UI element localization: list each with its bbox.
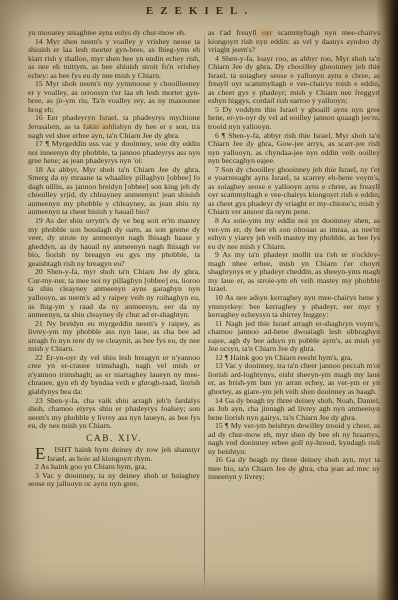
verse-number: 16: [215, 455, 226, 464]
verse: 14 Myr shen neem's y voalley y vrishey n…: [28, 38, 200, 81]
verse-number: 4: [215, 54, 222, 63]
verse: 15 ¶ My ver-ym beishtyn dewilley trooid …: [208, 422, 380, 456]
verse-number: 13: [215, 361, 225, 370]
verse: 5 Dy voddym thie Israel y ghoaill ayns n…: [208, 106, 380, 132]
verse: 18 As abbyr, Myr shoh ta'n Chiarn Jee dy…: [28, 166, 200, 217]
scanned-book-page: EZEKIEL. yn mooarey sniaghtee ayns eulys…: [0, 0, 398, 600]
verse: 8 As soie-yms my eddin noi yn dooinney s…: [208, 217, 380, 251]
verse-continuation: as t'ad freayll oyr scammyltagh nyn mee-…: [208, 29, 380, 55]
verse: 20 Shen-y-fa, myr shoh ta'n Chiarn Jee d…: [28, 268, 200, 319]
column-rule: [204, 29, 205, 591]
right-column: as t'ad freayll oyr scammyltagh nyn mee-…: [208, 29, 380, 593]
verse-number: 15: [35, 79, 46, 88]
verse: 3 Vac y dooinney, ta ny deiney shoh er h…: [28, 472, 200, 489]
verse: 4 Shen-y-fa, loayr roo, as abbyr roo, My…: [208, 55, 380, 106]
verse: 23 Shen-y-fa, cha vaik shiu arragh jeh'n…: [28, 397, 200, 431]
verse-number: 3: [35, 471, 42, 480]
page-content: yn mooarey sniaghtee ayns eulys dy chur-…: [28, 29, 380, 593]
verse: 22 Er-yn-oyr dy vel shiu lesh breagyn er…: [28, 354, 200, 397]
verse-number: 16: [35, 113, 47, 122]
verse-number: 9: [215, 250, 222, 259]
verse: 21 Ny breidyn eu myrgeddin neem's y raip…: [28, 320, 200, 354]
verse-number: 21: [35, 319, 47, 328]
verse-number: 19: [35, 216, 45, 225]
verse: 10 As nee adsyn kerraghey nyn mee-chairy…: [208, 294, 380, 320]
verse: 13 Vac y dooinney, tra ta'n cheer jannoo…: [208, 362, 380, 396]
verse: 16 Eer phadeyryn Israel, ta phadeyrys my…: [28, 114, 200, 140]
verse: 19 As der shiu orrym's dy ve beg soit er…: [28, 217, 200, 268]
verse: 9 As my ta'n phadeyr mollit tra t'eh er …: [208, 251, 380, 294]
verse-number: 10: [215, 293, 225, 302]
verse-number: 7: [215, 165, 221, 174]
verse: 14 Ga dy beagh ny three deiney shoh, Noa…: [208, 397, 380, 423]
left-column: yn mooarey sniaghtee ayns eulys dy chur-…: [28, 29, 200, 593]
verse: 11 Nagh jed thie Israel arragh er-shaghr…: [208, 320, 380, 354]
verse-number: 6 ¶: [215, 131, 228, 140]
verse-number: 17 ¶: [35, 139, 52, 148]
verse: 7 Son dy chooilley ghooinney jeh thie Is…: [208, 166, 380, 217]
verse: 15 Myr shoh neem's my yymmoose y chooill…: [28, 80, 200, 114]
drop-cap-initial: E: [28, 446, 47, 461]
verse-number: 14: [215, 396, 225, 405]
running-head: EZEKIEL.: [20, 5, 380, 17]
verse-number: 20: [35, 267, 47, 276]
chapter-heading: CAB. XIV.: [28, 435, 200, 444]
verse: 16 Ga dy beagh ny three deiney shoh ayn,…: [208, 456, 380, 482]
verse-number: 14: [35, 37, 46, 46]
verse: 6 ¶ Shen-y-fa, abbyr rish thie Israel, M…: [208, 132, 380, 166]
book-gutter-edge: [376, 0, 398, 600]
verse-number: 18: [35, 165, 46, 174]
verse-number: 8: [215, 216, 222, 225]
verse-number: 15 ¶: [215, 421, 231, 430]
verse-number: 22: [35, 353, 46, 362]
verse-number: 23: [35, 396, 47, 405]
verse: 17 ¶ Myrgeddin uss vac y dooinney, soie …: [28, 140, 200, 166]
verse: EISHT haink hym deiney dy row jeh shanst…: [28, 446, 200, 463]
verse-number: 11: [215, 319, 226, 328]
verse-number: 5: [215, 105, 222, 114]
